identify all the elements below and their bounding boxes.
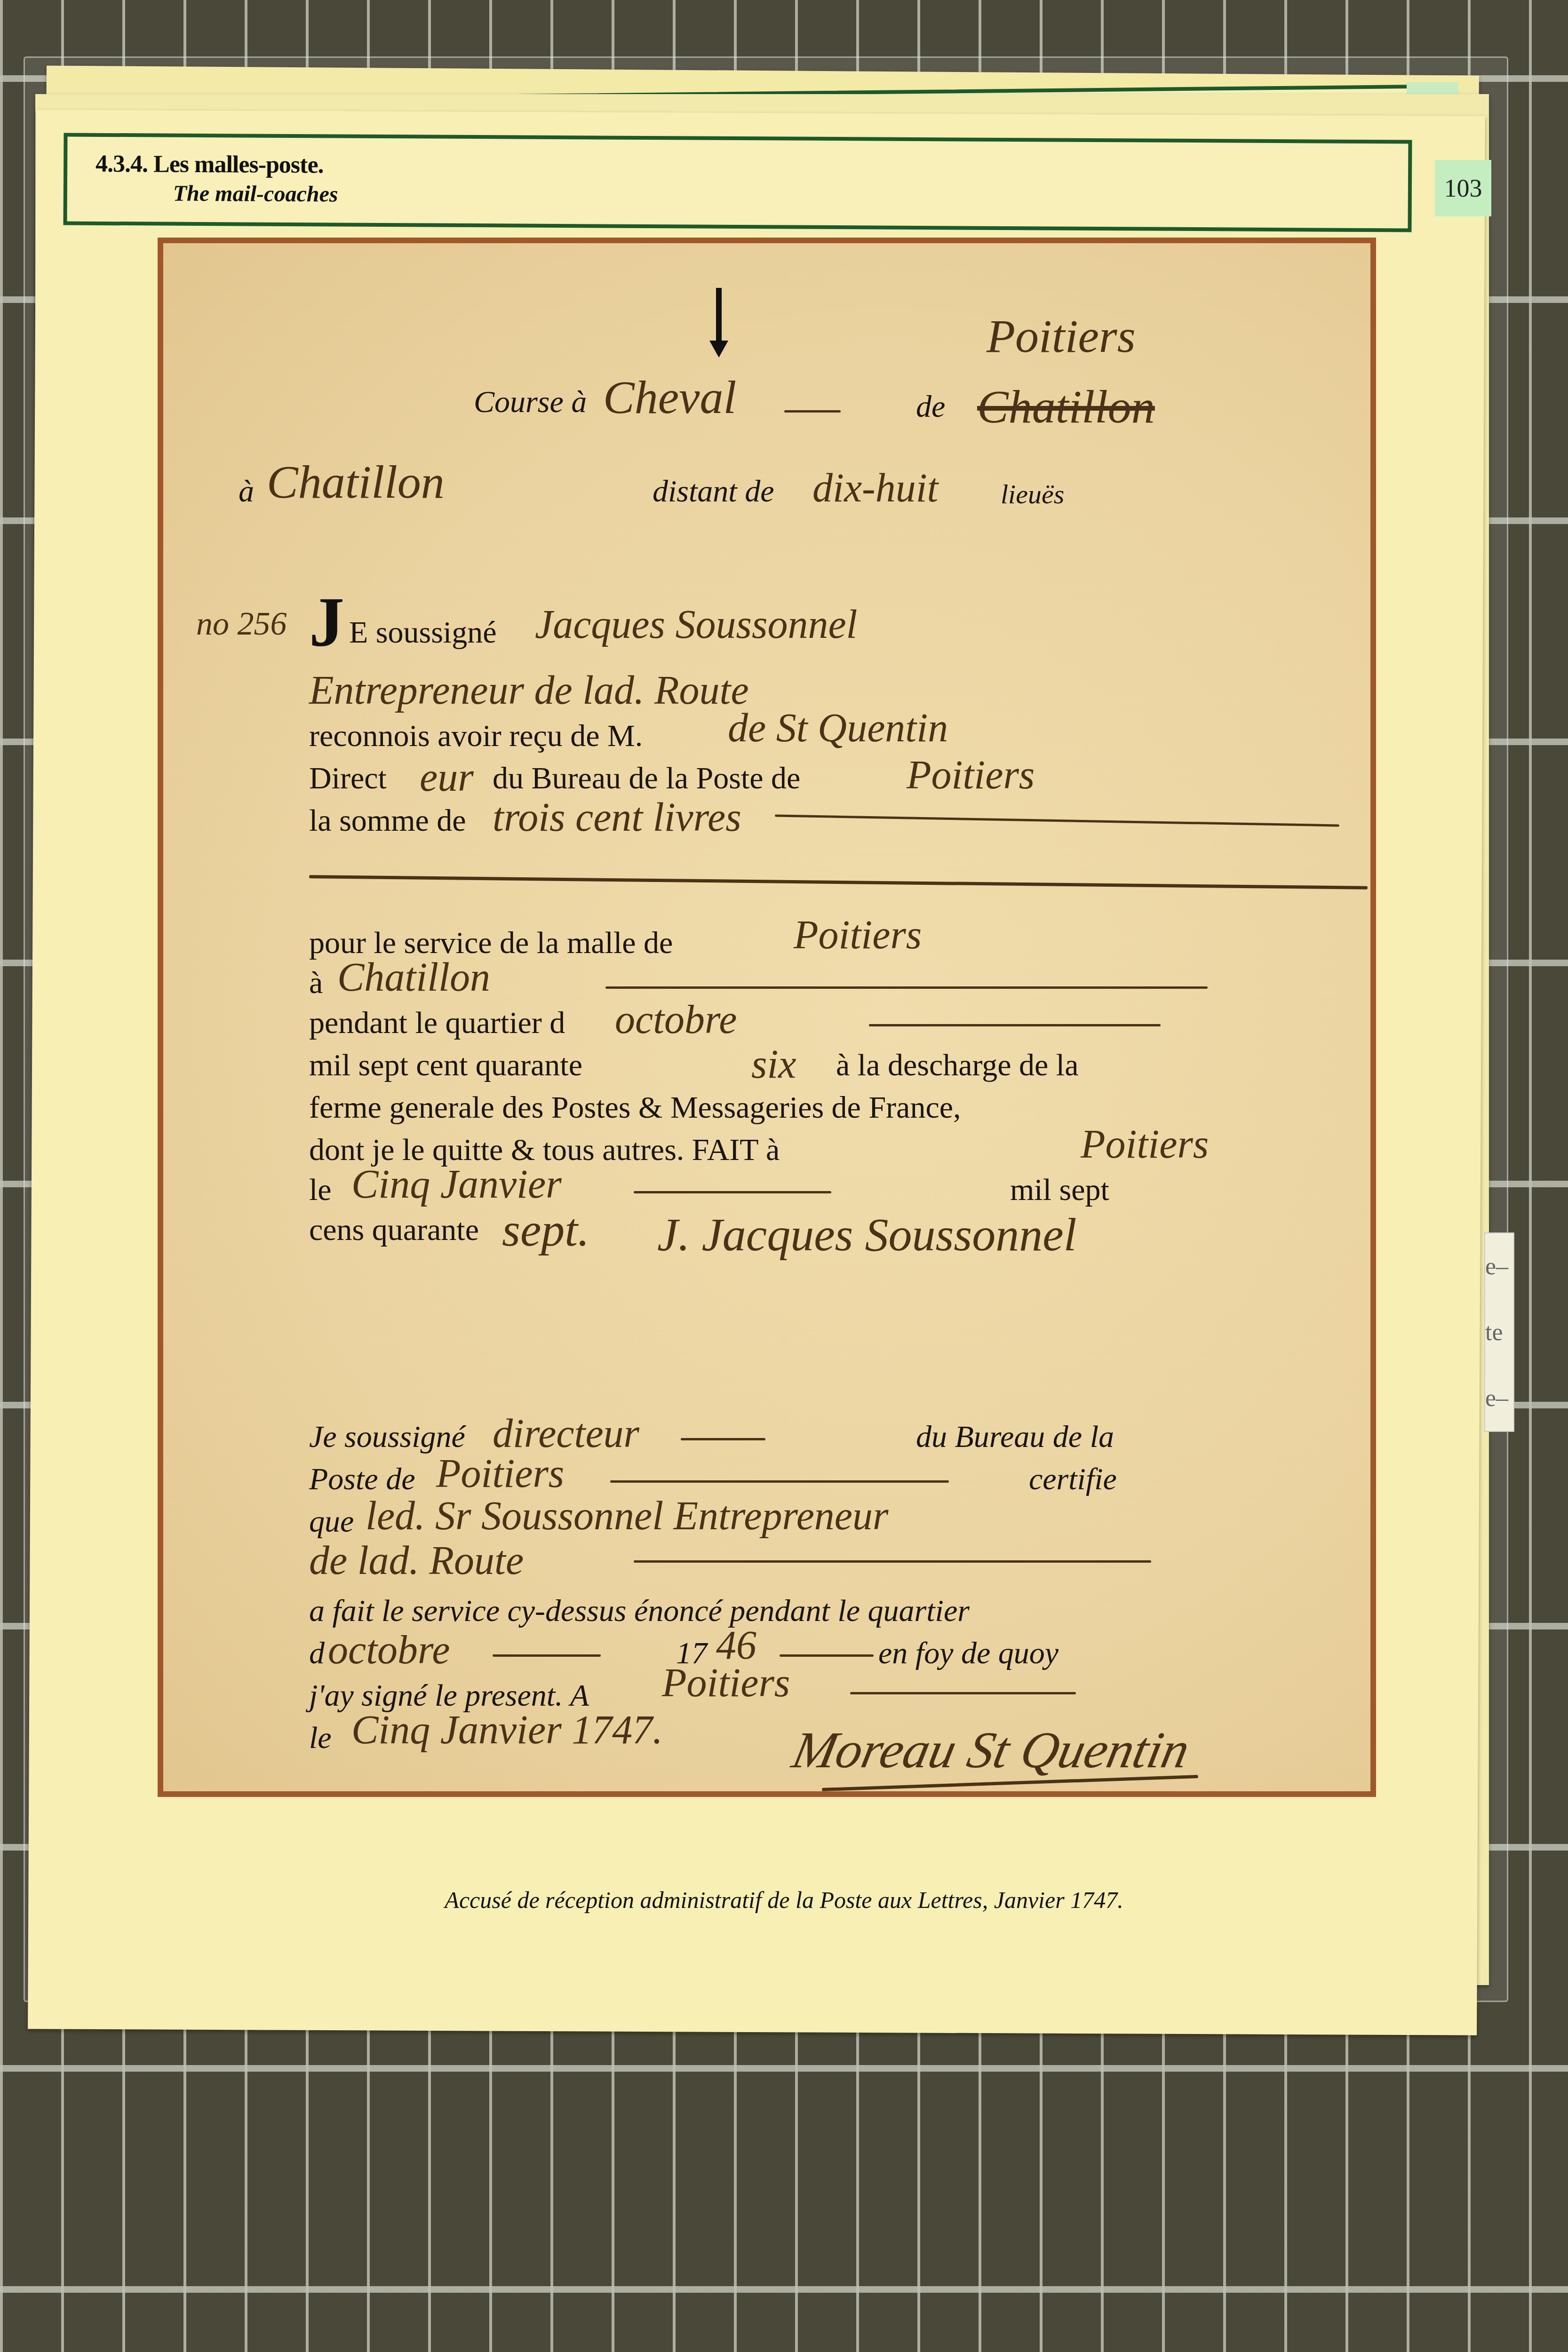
from-value: Poitiers [987,309,1136,363]
front-section-title: 4.3.4. Les malles-poste. [96,150,324,179]
distance-value: dix-huit [812,464,939,511]
contractor-signature: J. Jacques Soussonnel [657,1208,1076,1262]
from-struck: Chatillon [977,380,1155,434]
de-label: de [916,389,945,425]
a-label: à [239,474,254,509]
amount: trois cent livres [493,794,741,841]
distance-label: distant de [653,474,774,509]
course-label: Course à [474,384,587,420]
course-value: Cheval [603,370,736,424]
document-caption: Accusé de réception administratif de la … [0,1886,1568,1914]
director-name: de St Quentin [728,704,948,751]
arrow-down-icon [716,288,722,344]
contractor-name: Jacques Soussonnel [535,601,857,648]
front-section-subtitle: The mail-coaches [173,181,338,207]
document-mount: Course à Cheval de Chatillon Poitiers à … [158,238,1376,1797]
director-signature: Moreau St Quentin [788,1720,1195,1780]
side-tab-fragment: e– te e– [1484,1232,1514,1432]
front-page-header: 4.3.4. Les malles-poste. The mail-coache… [64,133,1412,232]
page-tab-103[interactable]: 103 [1435,160,1491,216]
postal-receipt-document: Course à Cheval de Chatillon Poitiers à … [163,243,1370,1791]
certificate-date: Cinq Janvier 1747. [351,1706,663,1753]
dropcap-j: J [309,582,344,663]
to-value: Chatillon [267,455,445,509]
distance-unit: lieuës [1001,478,1064,510]
quarter-month: octobre [615,996,737,1043]
receipt-date: Cinq Janvier [351,1160,562,1208]
margin-number: no 256 [196,605,287,643]
